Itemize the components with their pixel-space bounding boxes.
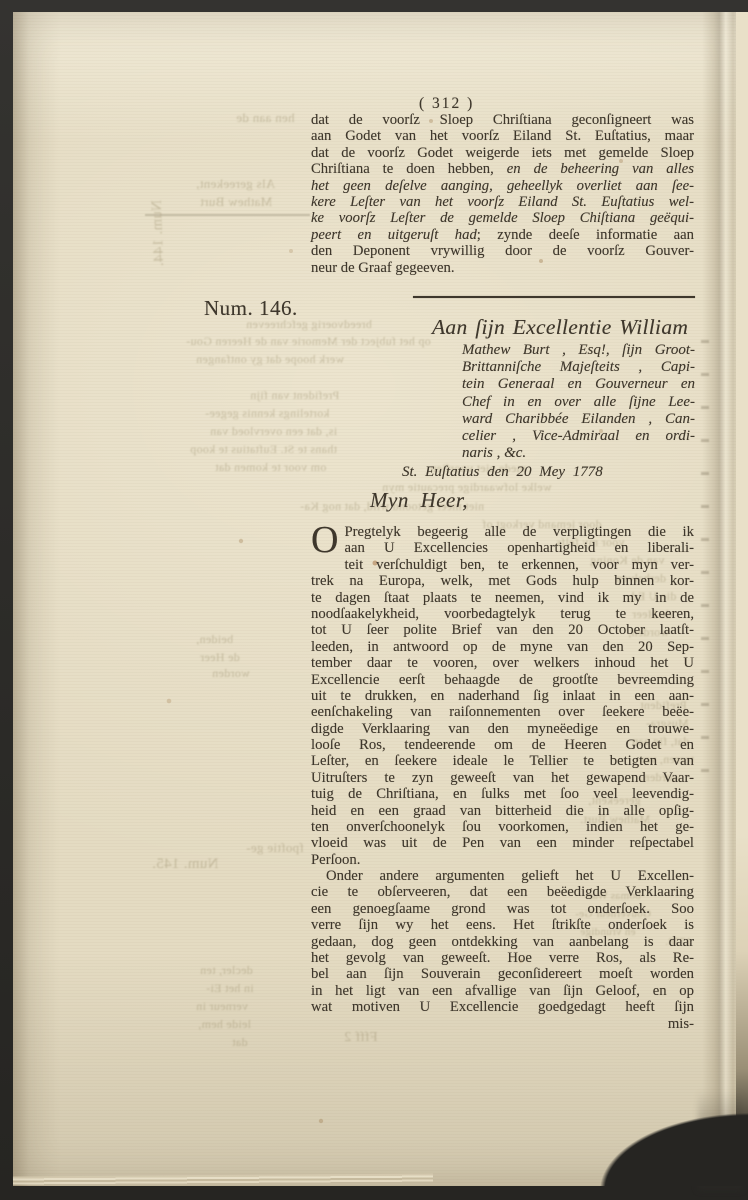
catchword: mis-: [311, 1016, 694, 1033]
bleed-through-text: werk hoope dat gy ontfangen: [196, 352, 344, 367]
text-line: den Deponent vrywillig door de voorſz Go…: [311, 243, 694, 259]
text-line: aan U Excellencies openhartigheid en lib…: [311, 540, 694, 556]
text-line: het geen deſelve aanging, geheellyk over…: [311, 178, 694, 194]
page-number: ( 312 ): [419, 95, 474, 113]
bleed-through-text: kortelings kennis gegee-: [205, 406, 330, 421]
text-line: dat de voorſz Sloep Chriſtiana geconſign…: [311, 112, 694, 128]
text-segment: heid en een graad van bitterheid die in …: [311, 803, 694, 819]
bleed-through-text: op het fubject der Memorie van de Heeren…: [186, 334, 431, 349]
text-segment: eenſchakeling van raiſonnementen over ſe…: [311, 704, 694, 720]
text-segment: aan U Excellencies openhartigheid en lib…: [344, 540, 694, 556]
text-segment: tein Generaal en Gouverneur en: [462, 376, 695, 392]
text-segment: noodſaakelykheid, voorbedagtelyk terug t…: [311, 606, 694, 622]
text-line: een genoegſaame grond was tot onderſoek.…: [311, 901, 694, 917]
text-segment: teit verſchuldigt ben, te erkennen, voor…: [344, 557, 694, 573]
text-line: wat motiven U Excellencie goedgedagt hee…: [311, 999, 694, 1015]
text-segment: ke voorſz Leſter de gemelde Sloep Chiſti…: [311, 210, 694, 226]
text-segment: tot U ſeer polite Brief van den 20 Octob…: [311, 622, 694, 638]
text-segment: het gevolg van geweeſt. Hoe verre Ros, a…: [311, 950, 694, 966]
text-segment: digde Verklaaring van den myneëedige en …: [311, 721, 694, 737]
bleed-through-text: thans te St. Euftatius te koop: [190, 442, 337, 457]
bleed-through-text: worden: [212, 666, 250, 681]
text-segment: en de beheering van alles: [507, 161, 694, 177]
text-line: het gevolg van geweeſt. Hoe verre Ros, a…: [311, 950, 694, 966]
bleed-through-text: fpoftie ge-: [246, 840, 304, 856]
text-line: leeden, in antwoord op de myne van den 2…: [311, 639, 694, 655]
text-segment: peert en uitgeruſt had: [311, 227, 477, 243]
text-segment: wat motiven U Excellencie goedgedagt hee…: [311, 999, 694, 1015]
bleed-through-text: dat: [232, 1035, 248, 1050]
text-line: tein Generaal en Gouverneur en: [462, 376, 695, 393]
text-line: heid en een graad van bitterheid die in …: [311, 803, 694, 819]
text-line: kere Leſter van het voorſz Eiland St. Eu…: [311, 194, 694, 210]
text-segment: Chef in en over alle ſijne Lee-: [462, 394, 695, 410]
text-segment: uit te drukken, en naderhand ſig inlaat …: [311, 688, 694, 704]
text-segment: Brittanniſche Majeſteits , Capi-: [462, 359, 695, 375]
bleed-through-text: Num. 145.: [152, 856, 218, 873]
bleed-through-text: is, dat een overvloed van: [210, 424, 337, 439]
text-segment: aan Godet van het voorſz Eiland St. Euſt…: [311, 128, 694, 144]
text-line: uit te drukken, en naderhand ſig inlaat …: [311, 688, 694, 704]
text-line: Perſoon.: [311, 852, 694, 868]
text-segment: Excellencie eerſt behaagde de grootſte b…: [311, 672, 694, 688]
bleed-through-text: leide hem,: [198, 1017, 251, 1032]
text-line: celier , Vice-Admiraal en ordi-: [462, 428, 695, 445]
text-segment: den Deponent vrywillig door de voorſz Go…: [311, 243, 694, 259]
text-segment: te dagen ſtaat plaats te neemen, vind ik…: [311, 590, 694, 606]
address-heading: Aan ſijn Excellentie William: [432, 315, 688, 340]
text-line: bel aan ſijn Souverain geconſidereert mo…: [311, 966, 694, 982]
text-segment: het geen deſelve aanging, geheellyk over…: [311, 178, 694, 194]
scanned-book-page: hen aan deAls gereekent,Mathew BurtNum. …: [0, 0, 748, 1200]
text-segment: ; zynde deeſe informatie aan: [477, 227, 694, 243]
text-segment: verre ſijn wy het eens. Het ſtrikſte ond…: [311, 917, 694, 933]
text-line: Pregtelyk begeerig alle de verpligtingen…: [311, 524, 694, 540]
text-line: Onder andere argumenten gelieft het U Ex…: [311, 868, 694, 884]
text-line: Brittanniſche Majeſteits , Capi-: [462, 359, 695, 376]
bleed-through-text: decler, ten: [200, 963, 253, 978]
text-line: Chef in en over alle ſijne Lee-: [462, 394, 695, 411]
text-segment: leeden, in antwoord op de myne van den 2…: [311, 639, 694, 655]
text-segment: ward Charibbée Eilanden , Can-: [462, 411, 695, 427]
text-segment: celier , Vice-Admiraal en ordi-: [462, 428, 695, 444]
text-line: tember daar te vooren, over welkers inho…: [311, 655, 694, 671]
horizontal-rule: [413, 296, 695, 298]
letter-body-paragraph-1: OPregtelyk begeerig alle de verpligtinge…: [311, 524, 694, 868]
text-segment: vloeid was uit de Pen van een minder reſ…: [311, 835, 694, 851]
text-segment: cie te obſerveeren, dat een beëedigde Ve…: [311, 884, 694, 900]
drop-cap: O: [311, 525, 338, 557]
text-line: Excellencie eerſt behaagde de grootſte b…: [311, 672, 694, 688]
text-segment: neur de Graaf gegeeven.: [311, 260, 455, 276]
text-line: vloeid was uit de Pen van een minder reſ…: [311, 835, 694, 851]
text-segment: in het ligt van een afvallige van ſijn G…: [311, 983, 694, 999]
text-line: te dagen ſtaat plaats te neemen, vind ik…: [311, 590, 694, 606]
text-segment: Perſoon.: [311, 852, 360, 868]
text-line: cie te obſerveeren, dat een beëedigde Ve…: [311, 884, 694, 900]
text-segment: naris , &c.: [462, 445, 526, 461]
text-line: tuig de Chriſtiana, en ſulks met ſoo vee…: [311, 786, 694, 802]
text-line: Chriſtiana te doen hebben, en de beheeri…: [311, 161, 694, 177]
text-segment: gedaan, dog geen ontdekking van aanbelan…: [311, 934, 694, 950]
text-segment: looſe Ros, tendeerende om de Heeren Gode…: [311, 737, 694, 753]
text-line: noodſaakelykheid, voorbedagtelyk terug t…: [311, 606, 694, 622]
text-segment: Leſter, en ſeekere ideale le Tellier te …: [311, 753, 694, 769]
letter-body-paragraph-2: Onder andere argumenten gelieft het U Ex…: [311, 868, 694, 1016]
text-line: Leſter, en ſeekere ideale le Tellier te …: [311, 753, 694, 769]
deposition-paragraph: dat de voorſz Sloep Chriſtiana geconſign…: [311, 112, 694, 276]
letter-dateline: St. Euſtatius den 20 Mey 1778: [402, 464, 603, 481]
text-segment: tember daar te vooren, over welkers inho…: [311, 655, 694, 671]
bleed-through-text: Num. 144.: [149, 200, 168, 267]
text-line: gedaan, dog geen ontdekking van aanbelan…: [311, 934, 694, 950]
text-line: looſe Ros, tendeerende om de Heeren Gode…: [311, 737, 694, 753]
bleed-through-text: Prefident van fijn: [250, 388, 339, 403]
text-segment: bel aan ſijn Souverain geconſidereert mo…: [311, 966, 694, 982]
text-line: verre ſijn wy het eens. Het ſtrikſte ond…: [311, 917, 694, 933]
address-block: Mathew Burt , Esq!, ſijn Groot-Brittanni…: [462, 342, 695, 462]
document-number-label: Num. 146.: [204, 296, 298, 321]
text-line: in het ligt van een afvallige van ſijn G…: [311, 983, 694, 999]
text-segment: Pregtelyk begeerig alle de verpligtingen…: [344, 524, 694, 540]
text-line: eenſchakeling van raiſonnementen over ſe…: [311, 704, 694, 720]
text-line: trek na Europa, welk, met Gods hulp binn…: [311, 573, 694, 589]
text-segment: Uitruſters te zyn geweeſt van het gewape…: [311, 770, 694, 786]
bleed-through-text: Mathew Burt: [200, 194, 272, 210]
bleed-through-text: Als gereekent,: [196, 176, 275, 192]
text-line: teit verſchuldigt ben, te erkennen, voor…: [311, 557, 694, 573]
bleed-through-text: verneur in: [196, 999, 248, 1014]
bleed-through-text: de Heer: [200, 650, 240, 665]
text-segment: kere Leſter van het voorſz Eiland St. Eu…: [311, 194, 694, 210]
text-line: tot U ſeer polite Brief van den 20 Octob…: [311, 622, 694, 638]
text-line: peert en uitgeruſt had; zynde deeſe info…: [311, 227, 694, 243]
text-segment: Mathew Burt , Esq!, ſijn Groot-: [462, 342, 695, 358]
text-segment: dat de voorſz Sloep Chriſtiana geconſign…: [311, 112, 694, 128]
text-line: dat de voorſz Godet weigerde iets met ge…: [311, 145, 694, 161]
bleed-through-text: om voor te komen dat: [215, 460, 326, 475]
text-line: digde Verklaaring van den myneëedige en …: [311, 721, 694, 737]
text-segment: dat de voorſz Godet weigerde iets met ge…: [311, 145, 694, 161]
text-line: Mathew Burt , Esq!, ſijn Groot-: [462, 342, 695, 359]
bleed-through-text: beiden,: [196, 632, 233, 647]
bleed-through-text: hen aan de: [236, 110, 295, 126]
text-line: Uitruſters te zyn geweeſt van het gewape…: [311, 770, 694, 786]
text-line: aan Godet van het voorſz Eiland St. Euſt…: [311, 128, 694, 144]
text-segment: ten onverſchoonelyk ſou voorkomen, indie…: [311, 819, 694, 835]
bleed-through-text: in het Ei-: [206, 981, 254, 996]
text-segment: een genoegſaame grond was tot onderſoek.…: [311, 901, 694, 917]
text-segment: trek na Europa, welk, met Gods hulp binn…: [311, 573, 694, 589]
text-segment: tuig de Chriſtiana, en ſulks met ſoo vee…: [311, 786, 694, 802]
text-line: neur de Graaf gegeeven.: [311, 260, 694, 276]
text-line: ten onverſchoonelyk ſou voorkomen, indie…: [311, 819, 694, 835]
text-segment: Onder andere argumenten gelieft het U Ex…: [326, 868, 694, 884]
letter-salutation: Myn Heer,: [370, 488, 468, 513]
text-line: ward Charibbée Eilanden , Can-: [462, 411, 695, 428]
text-segment: Chriſtiana te doen hebben,: [311, 161, 507, 177]
text-line: ke voorſz Leſter de gemelde Sloep Chiſti…: [311, 210, 694, 226]
text-line: naris , &c.: [462, 445, 695, 462]
